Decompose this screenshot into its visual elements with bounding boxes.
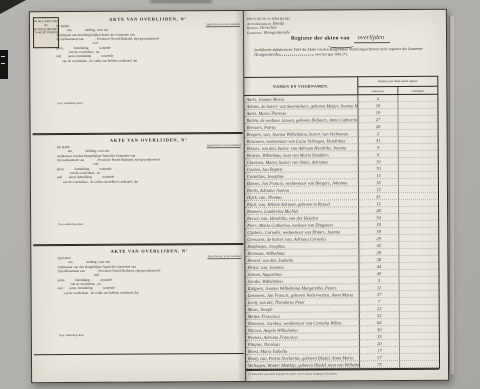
akte-form-lines: Op heden ure, middag, voor onsAmbtenaar …	[56, 23, 240, 63]
form-line: van de overledene , de welke ons hebben …	[58, 290, 242, 295]
row-name: Kuijpers, Joanna Wilhelmina Margaretha, …	[248, 285, 337, 291]
stamp-line: 'S-HERTOGENBOSCH	[34, 31, 58, 35]
akte-footer-note: Naar aanleiding dezer	[58, 222, 83, 226]
row-act-number: 4	[377, 96, 379, 101]
row-act-number: 70	[376, 166, 381, 171]
film-edge-mark	[0, 50, 8, 79]
row-name: Heuvel, van den, Isabella	[247, 257, 293, 262]
row-name: Eersel, van, Hendrika, van der Heijden	[247, 215, 318, 220]
register-title-handwritten: overlijden	[354, 34, 390, 43]
row-act-number: 19	[376, 110, 381, 115]
row-name: Goossens, de huisvr. van, Adriana Cornel…	[247, 236, 325, 241]
akte-form-lines: Op heden ure, middag, voor onsAmbtenaar …	[57, 144, 241, 184]
intro-gemeente-value: Hoogemierde	[254, 52, 279, 57]
row-act-number: 49	[377, 271, 382, 276]
row-act-number: 45	[377, 243, 382, 248]
numbers-column-header: Nummers der akten en het register. Geboo…	[358, 77, 437, 94]
subcolumn-header-2: Overlijden.	[398, 87, 437, 94]
register-footnote: (*) Hieronder zijn mede begrepen de akte…	[248, 372, 337, 376]
row-name: Aarts, Maria Theresia	[246, 110, 286, 115]
row-act-number: 17	[377, 348, 382, 353]
boekdeel-note: Ingeschreven in het boekdeel	[207, 142, 241, 148]
register-table-header: NAMEN EN VOORNAMEN. Nummers der akten en…	[244, 76, 437, 96]
row-name: Peeters, Adriana Francisca	[248, 334, 298, 339]
row-act-number: 7	[378, 299, 380, 304]
section-divider	[33, 243, 243, 247]
row-act-number: 52	[377, 313, 382, 318]
akte-block-1: AKTE VAN OVERLIJDEN, Nº Ingeschreven in …	[56, 16, 240, 63]
row-act-number: 15	[376, 187, 381, 192]
akte-footer-note: Naar aanleiding dezer	[59, 333, 84, 337]
row-act-number: 3	[378, 278, 380, 283]
row-act-number: 44	[377, 264, 382, 269]
row-name: Meijer, Francisca	[248, 313, 280, 318]
row-act-number: 26	[377, 250, 382, 255]
row-name: Borgers, van, Joanna Wilhelmina, huisvr.…	[247, 131, 349, 137]
row-act-number: 16	[376, 103, 381, 108]
next-page-edge	[449, 16, 454, 374]
row-name: Huijbregts, Josephus	[247, 243, 285, 248]
form-line: van de overledene , de welke ons hebben …	[56, 58, 240, 63]
row-act-number: 57	[377, 355, 382, 360]
film-corner-artifact	[0, 0, 26, 14]
row-name: Dames, Jan Francis, weduwnaar van Borger…	[247, 180, 347, 186]
row-act-number: 31	[376, 138, 381, 143]
akte-block-3: AKTE VAN OVERLIJDEN, Nº Ingeschreven in …	[57, 248, 241, 295]
row-act-number: 20	[377, 341, 382, 346]
row-name: Brouwers, weduwnaar van Lucia Verhagen, …	[247, 138, 346, 144]
scanned-register-page: { "scan": { "stamp_lines": ["RIJKS-ARCHI…	[0, 0, 480, 389]
boekdeel-note: Ingeschreven in het boekdeel	[208, 253, 242, 259]
row-act-number: 13	[376, 173, 381, 178]
row-name: Jacobs, Wilhelmina	[248, 278, 283, 283]
row-name: Claassen, Maria, huisvr. van Smits, Adri…	[247, 159, 328, 164]
register-table-body: Aarts, Joanna Maria 4 Adams, de huisvr. …	[244, 95, 439, 369]
register-title-printed: Register der akten van	[291, 35, 350, 41]
section-divider	[33, 132, 243, 136]
row-name: Castelijns, Josephus	[247, 173, 284, 178]
row-name: Adams, de huisvr. van Steenackers, gebor…	[246, 103, 358, 109]
row-name: Nijssen, Angela Wilhelmina	[248, 327, 298, 332]
row-act-number: 73	[377, 362, 382, 367]
row-name: Verhagen, Wouter Matthijs, geboren Blade…	[248, 362, 360, 368]
left-page-bottom-rule	[34, 353, 244, 355]
row-act-number: 30	[377, 327, 382, 332]
row-name: Nouwens, Jacobus, weduwnaar van Cornelia…	[248, 320, 342, 326]
row-name: Dijck, van, Thomas	[247, 194, 282, 199]
row-act-number: 9	[377, 145, 379, 150]
row-name: Coolen, Jan Baptist	[247, 166, 283, 171]
row-name: Fiers, Maria Catharina, weduwe van Dinge…	[247, 222, 333, 228]
row-act-number: 48	[376, 208, 381, 213]
akte-block-2: AKTE VAN OVERLIJDEN, Nº Ingeschreven in …	[57, 137, 241, 184]
form-line: van de overledene , de welke ons hebben …	[57, 179, 241, 184]
numbers-group-label: Nummers der akten en het register.	[358, 77, 437, 87]
film-smudge	[150, 0, 212, 3]
row-name: Hermans, Wilhelmus	[247, 250, 285, 255]
row-name: Jansen, Augustinus	[247, 271, 282, 276]
intro-lead: Jaarlijksche alphabetische Tafel der Akt…	[254, 47, 423, 52]
row-name: Bruurs, van den, huisvr. van Adriaan Hen…	[247, 145, 347, 151]
row-act-number: 54	[376, 215, 381, 220]
register-document: RIJKS-ARCHIEFINNOORD-BRABANT'S-HERTOGENB…	[29, 9, 449, 384]
row-act-number: 64	[377, 320, 382, 325]
row-act-number: 22	[377, 306, 382, 311]
row-act-number: 33	[377, 334, 382, 339]
row-act-number: 18	[376, 180, 381, 185]
row-name: Eijck, van, Willem Adriaan, geboren te R…	[247, 201, 330, 207]
row-name: Maas, Joseph	[248, 306, 273, 311]
row-act-number: 6	[377, 152, 379, 157]
register-intro: Jaarlijksche alphabetische Tafel der Akt…	[254, 47, 432, 58]
row-name: Emmers, Lambertus Michiel	[247, 208, 298, 213]
row-name: Roest, Maria Isabella	[248, 348, 287, 353]
row-name: Heijst, van, Joannes	[247, 264, 284, 269]
akte-footer-note: Naar aanleiding dezer	[57, 101, 82, 105]
akte-form-lines: Op heden ure, middag, voor onsAmbtenaar …	[57, 255, 241, 295]
row-name: Dielis, Adriana Joanna	[247, 187, 289, 192]
blank-dotted-line	[279, 52, 313, 55]
row-act-number: 39	[376, 222, 381, 227]
register-title: Register der akten van overlijden	[244, 26, 437, 49]
row-name: Bressers, Petrus	[247, 124, 276, 129]
row-name: Gijsbers, Cornelis, weduwnaar van Bruurs…	[247, 229, 340, 235]
row-name: Rooij, van, Petrus Norbertus, geboren Bl…	[248, 355, 354, 361]
row-act-number: 37	[377, 292, 382, 297]
row-name: Pluijms, Nicolaas	[248, 341, 280, 346]
row-act-number: 2	[377, 131, 379, 136]
row-act-number: 38	[377, 257, 382, 262]
row-act-number: 27	[376, 117, 381, 122]
row-act-number: 29	[376, 236, 381, 241]
row-act-number: 41	[376, 194, 381, 199]
row-act-number: 28	[376, 124, 381, 129]
row-act-number: 12	[376, 201, 381, 206]
row-name: Beijens, Wilhelmus, man van Maria Smulde…	[247, 152, 329, 158]
row-name: Looij, van der, Theodorus Peter	[248, 299, 305, 304]
row-act-number: 11	[377, 285, 381, 290]
names-column-header: NAMEN EN VOORNAMEN.	[244, 77, 358, 95]
intro-tail: , over het jaar 1861 (*).	[313, 52, 348, 56]
subcolumn-header-1: Geboorten.	[358, 87, 398, 94]
row-name: Lemmens, Jan Francis, geboren Nederwette…	[248, 292, 354, 298]
table-bottom-rule	[246, 368, 439, 371]
row-act-number: 10	[376, 159, 381, 164]
row-name: Beliën, de weduwe Jansen, geboren Beljaa…	[247, 117, 359, 123]
boekdeel-note: Ingeschreven in het boekdeel	[206, 21, 240, 27]
row-name: Aarts, Joanna Maria	[246, 96, 284, 101]
row-act-number: 59	[376, 229, 381, 234]
